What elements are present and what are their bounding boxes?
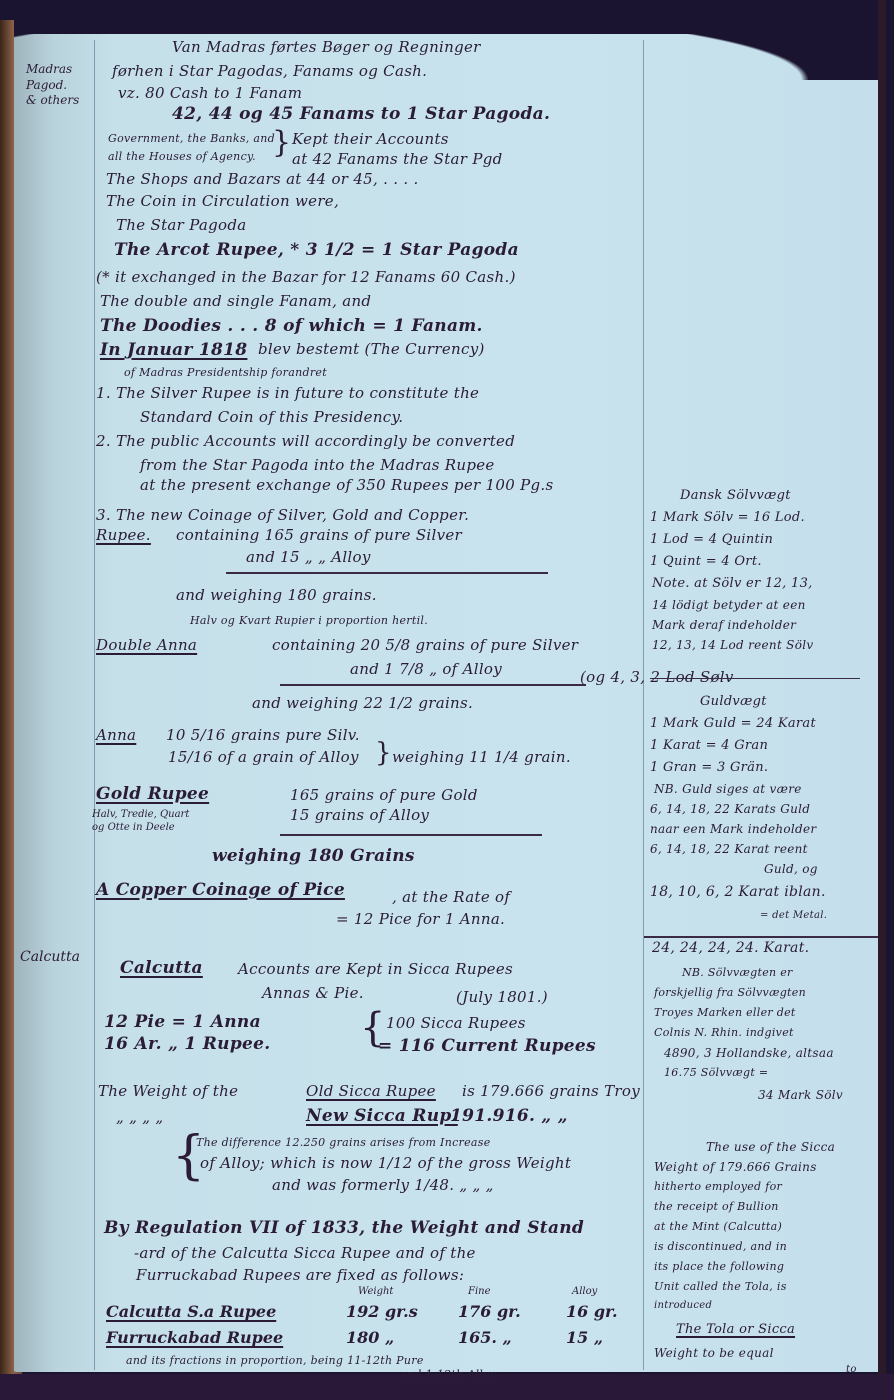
table-row-1-fine: 176 gr.	[458, 1302, 521, 1321]
madras-line-7: Kept their Accounts	[292, 130, 449, 148]
gold-line-8: Guld, og	[764, 862, 818, 876]
gold-line-5: 6, 14, 18, 22 Karats Guld	[650, 802, 810, 816]
diff-line-2: of Alloy; which is now 1/12 of the gross…	[200, 1154, 571, 1172]
gold-rupee-sum-rule	[280, 834, 542, 836]
copper-label: A Copper Coinage of Pice	[96, 880, 345, 900]
copper-rate-1: , at the Rate of	[392, 888, 510, 906]
madras-line-22: from the Star Pagoda into the Madras Rup…	[140, 456, 495, 474]
nb-line-7: 34 Mark Sölv	[758, 1088, 843, 1102]
silver-end-rule	[650, 678, 860, 679]
madras-line-24: 3. The new Coinage of Silver, Gold and C…	[96, 506, 469, 524]
nb-line-6: 16.75 Sölvvægt =	[664, 1066, 768, 1079]
double-anna-line-1: containing 20 5/8 grains of pure Silver	[272, 636, 578, 654]
nb-line-3: Troyes Marken eller det	[654, 1006, 796, 1019]
right-column-rule	[643, 40, 644, 1370]
madras-line-15: The Doodies . . . 8 of which = 1 Fanam.	[100, 316, 483, 336]
silver-heading: Dansk Sölvvægt	[680, 488, 791, 503]
table-row-1-label: Calcutta S.a Rupee	[106, 1302, 276, 1321]
margin-note-calcutta: Calcutta	[20, 948, 80, 966]
madras-line-4: 42, 44 og 45 Fanams to 1 Star Pagoda.	[172, 104, 550, 124]
gold-rupee-line-1: 165 grains of pure Gold	[290, 786, 478, 804]
brace-anna: }	[375, 740, 392, 766]
calcutta-conv-1: 100 Sicca Rupees	[386, 1014, 526, 1032]
rupee-note: Halv og Kvart Rupier i proportion hertil…	[190, 614, 428, 627]
madras-line-1: Van Madras førtes Bøger og Regninger	[172, 38, 481, 56]
madras-line-14: The double and single Fanam, and	[100, 292, 371, 310]
gold-total-rule	[644, 936, 878, 938]
brace-accounts: }	[272, 128, 291, 158]
silver-line-1: 1 Mark Sölv = 16 Lod.	[650, 510, 805, 525]
madras-line-23: at the present exchange of 350 Rupees pe…	[140, 476, 554, 494]
page-right-edge	[878, 0, 886, 1400]
weight-new-value: 191.916. „ „	[450, 1106, 568, 1126]
nb-line-2: forskjellig fra Sölvvægten	[654, 986, 806, 999]
gold-heading: Guldvægt	[700, 694, 767, 709]
double-anna-weight: and weighing 22 1/2 grains.	[252, 694, 473, 712]
madras-line-11: The Star Pagoda	[116, 216, 247, 234]
table-row-1-alloy: 16 gr.	[566, 1302, 618, 1321]
gold-line-3: 1 Gran = 3 Grän.	[650, 760, 768, 775]
calcutta-eq-1: 12 Pie = 1 Anna	[104, 1012, 261, 1032]
table-row-2-alloy: 15 „	[566, 1328, 603, 1347]
gold-line-6: naar een Mark indeholder	[650, 822, 816, 836]
tola-line-3: hitherto employed for	[654, 1180, 782, 1193]
gold-rupee-weight: weighing 180 Grains	[212, 846, 415, 866]
tola-line-8: Unit called the Tola, is	[654, 1280, 787, 1293]
madras-line-13: (* it exchanged in the Bazar for 12 Fana…	[96, 268, 516, 286]
gold-rupee-label: Gold Rupee	[96, 784, 209, 804]
madras-line-17: blev bestemt (The Currency)	[258, 340, 485, 358]
tola-line-1: The use of the Sicca	[706, 1140, 835, 1154]
tola-line-12: to	[846, 1364, 857, 1375]
gold-line-1: 1 Mark Guld = 24 Karat	[650, 716, 816, 731]
double-anna-label: Double Anna	[96, 636, 197, 654]
tola-line-6: is discontinued, and in	[654, 1240, 787, 1253]
left-margin-rule	[94, 40, 95, 1370]
tola-line-7: its place the following	[654, 1260, 784, 1273]
rupee-line-1: containing 165 grains of pure Silver	[176, 526, 462, 544]
diff-line-1: The difference 12.250 grains arises from…	[196, 1136, 491, 1149]
double-anna-aside: (og 4, 3, 2 Lod Sølv	[580, 668, 734, 686]
weight-new-prefix: „ „ „ „	[116, 1108, 164, 1126]
silver-line-7: 12, 13, 14 Lod reent Sölv	[652, 638, 813, 652]
calcutta-heading: Calcutta	[120, 958, 203, 978]
tola-line-4: the receipt of Bullion	[654, 1200, 779, 1213]
table-header-fine: Fine	[468, 1286, 491, 1297]
gold-line-2: 1 Karat = 4 Gran	[650, 738, 768, 753]
silver-line-5: 14 lödigt betyder at een	[652, 598, 806, 612]
madras-line-18: of Madras Presidentship forandret	[124, 366, 327, 379]
gold-rupee-sub: Halv, Tredie, Quart og Otte in Deele	[92, 808, 189, 834]
madras-line-5: Government, the Banks, and	[108, 132, 275, 145]
nb-line-5: 4890, 3 Hollandske, altsaa	[664, 1046, 834, 1060]
table-header-alloy: Alloy	[572, 1286, 597, 1297]
silver-line-2: 1 Lod = 4 Quintin	[650, 532, 773, 547]
copper-rate-2: = 12 Pice for 1 Anna.	[336, 910, 505, 928]
gold-total: 24, 24, 24, 24. Karat.	[652, 940, 809, 956]
gold-line-7: 6, 14, 18, 22 Karat reent	[650, 842, 808, 856]
regulation-line-2: -ard of the Calcutta Sicca Rupee and of …	[134, 1244, 476, 1262]
gold-line-4: NB. Guld siges at være	[654, 782, 802, 796]
calcutta-eq-2: 16 Ar. „ 1 Rupee.	[104, 1034, 270, 1054]
anna-label: Anna	[96, 726, 136, 744]
weight-old-prefix: The Weight of the	[98, 1082, 238, 1100]
table-row-2-weight: 180 „	[346, 1328, 394, 1347]
margin-note-madras: Madras Pagod. & others	[26, 62, 79, 109]
anna-weight: weighing 11 1/4 grain.	[392, 748, 571, 766]
regulation-line-1: By Regulation VII of 1833, the Weight an…	[104, 1218, 584, 1238]
calcutta-line-2: Annas & Pie.	[262, 984, 364, 1002]
madras-line-20: Standard Coin of this Presidency.	[140, 408, 403, 426]
tola-line-10: The Tola or Sicca	[676, 1322, 795, 1337]
madras-line-8: at 42 Fanams the Star Pgd	[292, 150, 503, 168]
madras-line-6: all the Houses of Agency.	[108, 150, 256, 163]
tola-line-11: Weight to be equal	[654, 1346, 774, 1360]
diff-line-3: and was formerly 1/48. „ „ „	[272, 1176, 494, 1194]
silver-line-6: Mark deraf indeholder	[652, 618, 796, 632]
madras-line-10: The Coin in Circulation were,	[106, 192, 339, 210]
table-row-2-fine: 165. „	[458, 1328, 512, 1347]
anna-line-1: 10 5/16 grains pure Silv.	[166, 726, 360, 744]
madras-line-12: The Arcot Rupee, * 3 1/2 = 1 Star Pagoda	[114, 240, 519, 260]
nb-line-4: Colnis N. Rhin. indgivet	[654, 1026, 794, 1039]
table-row-1-weight: 192 gr.s	[346, 1302, 418, 1321]
silver-line-3: 1 Quint = 4 Ort.	[650, 554, 762, 569]
madras-line-16: In Januar 1818	[100, 340, 247, 360]
double-anna-line-2: and 1 7/8 „ of Alloy	[350, 660, 502, 678]
table-header-weight: Weight	[358, 1286, 393, 1297]
madras-line-3: vz. 80 Cash to 1 Fanam	[118, 84, 302, 102]
calcutta-date: (July 1801.)	[456, 988, 548, 1006]
rupee-weight: and weighing 180 grains.	[176, 586, 377, 604]
gold-line-9: 18, 10, 6, 2 Karat iblan.	[650, 884, 826, 900]
nb-line-1: NB. Sölvvægten er	[682, 966, 793, 979]
tola-line-9: introduced	[654, 1300, 712, 1311]
weight-new-label: New Sicca Rup.	[306, 1106, 458, 1126]
rupee-line-2: and 15 „ „ Alloy	[246, 548, 371, 566]
gold-line-10: = det Metal.	[760, 910, 827, 921]
regulation-line-3: Furruckabad Rupees are fixed as follows:	[136, 1266, 464, 1284]
rupee-label: Rupee.	[96, 526, 151, 544]
madras-line-2: førhen i Star Pagodas, Fanams og Cash.	[112, 62, 427, 80]
double-anna-sum-rule	[280, 684, 586, 686]
gold-rupee-line-2: 15 grains of Alloy	[290, 806, 429, 824]
calcutta-conv-2: = 116 Current Rupees	[378, 1036, 596, 1056]
anna-line-2: 15/16 of a grain of Alloy	[168, 748, 359, 766]
weight-old-value: is 179.666 grains Troy	[462, 1082, 640, 1100]
table-row-2-label: Furruckabad Rupee	[106, 1328, 283, 1347]
tola-line-5: at the Mint (Calcutta)	[654, 1220, 782, 1233]
silver-line-4: Note. at Sölv er 12, 13,	[652, 576, 813, 591]
tola-line-2: Weight of 179.666 Grains	[654, 1160, 817, 1174]
table-footer-2: and 1-12th Alloy	[400, 1368, 497, 1381]
madras-line-21: 2. The public Accounts will accordingly …	[96, 432, 515, 450]
rupee-sum-rule	[226, 572, 548, 574]
madras-line-19: 1. The Silver Rupee is in future to cons…	[96, 384, 479, 402]
weight-old-label: Old Sicca Rupee	[306, 1082, 436, 1100]
madras-line-9: The Shops and Bazars at 44 or 45, . . . …	[106, 170, 419, 188]
calcutta-line-1: Accounts are Kept in Sicca Rupees	[238, 960, 513, 978]
table-footer-1: and its fractions in proportion, being 1…	[126, 1354, 424, 1367]
